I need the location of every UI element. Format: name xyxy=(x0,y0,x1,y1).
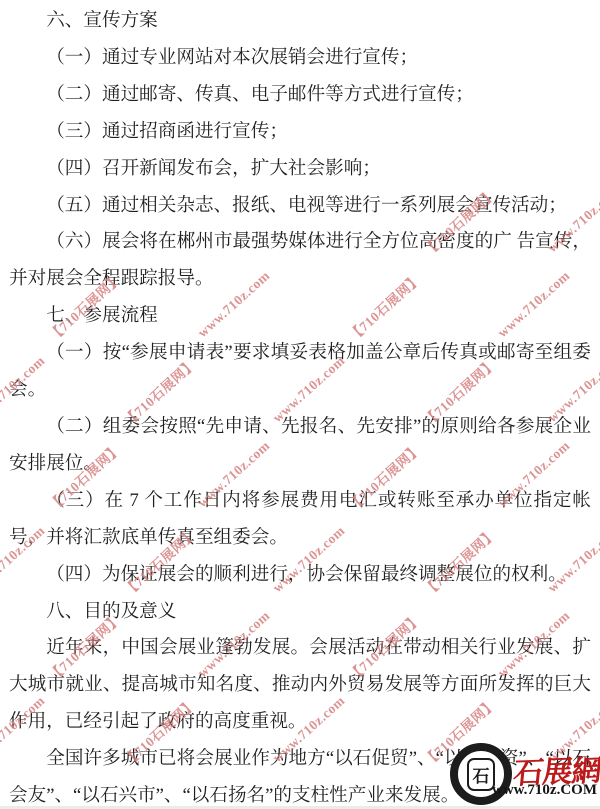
doc-paragraph: （三）通过招商函进行宣传； xyxy=(9,114,591,151)
section-heading-purpose-significance: 八、目的及意义 xyxy=(9,594,591,631)
doc-paragraph: （一）按“参展申请表”要求填妥表格加盖公章后传真或邮寄至组委会。 xyxy=(9,335,591,409)
site-url: www.710z.COM xyxy=(492,782,597,799)
document-page: 六、宣传方案 （一）通过专业网站对本次展销会进行宣传； （二）通过邮寄、传真、电… xyxy=(0,0,600,809)
doc-paragraph: （四）召开新闻发布会，扩大社会影响； xyxy=(9,151,591,188)
doc-paragraph: （三）在 7 个工作日内将参展费用电汇或转账至承办单位指定帐号，并将汇款底单传真… xyxy=(9,483,591,557)
site-logo: 石 石展網 www.710z.COM xyxy=(448,741,600,809)
section-heading-exhibition-process: 七、参展流程 xyxy=(9,298,591,335)
doc-paragraph: （一）通过专业网站对本次展销会进行宣传； xyxy=(9,40,591,77)
doc-paragraph: （二）组委会按照“先申请、先报名、先安排”的原则给各参展企业安排展位。 xyxy=(9,409,591,483)
doc-paragraph: （四）为保证展会的顺利进行，协会保留最终调整展位的权利。 xyxy=(9,557,591,594)
document-body: 六、宣传方案 （一）通过专业网站对本次展销会进行宣传； （二）通过邮寄、传真、电… xyxy=(0,0,600,809)
doc-paragraph: （五）通过相关杂志、报纸、电视等进行一系列展会宣传活动； xyxy=(9,188,591,225)
section-heading-promotion-plan: 六、宣传方案 xyxy=(9,3,591,40)
doc-paragraph: （六）展会将在郴州市最强势媒体进行全方位高密度的广 告宣传，并对展会全程跟踪报导… xyxy=(9,224,591,298)
seal-character: 石 xyxy=(467,758,495,791)
doc-paragraph: 近年来，中国会展业篷勃发展。会展活动在带动相关行业发展、扩大城市就业、提高城市知… xyxy=(9,630,591,741)
doc-paragraph: （二）通过邮寄、传真、电子邮件等方式进行宣传； xyxy=(9,77,591,114)
